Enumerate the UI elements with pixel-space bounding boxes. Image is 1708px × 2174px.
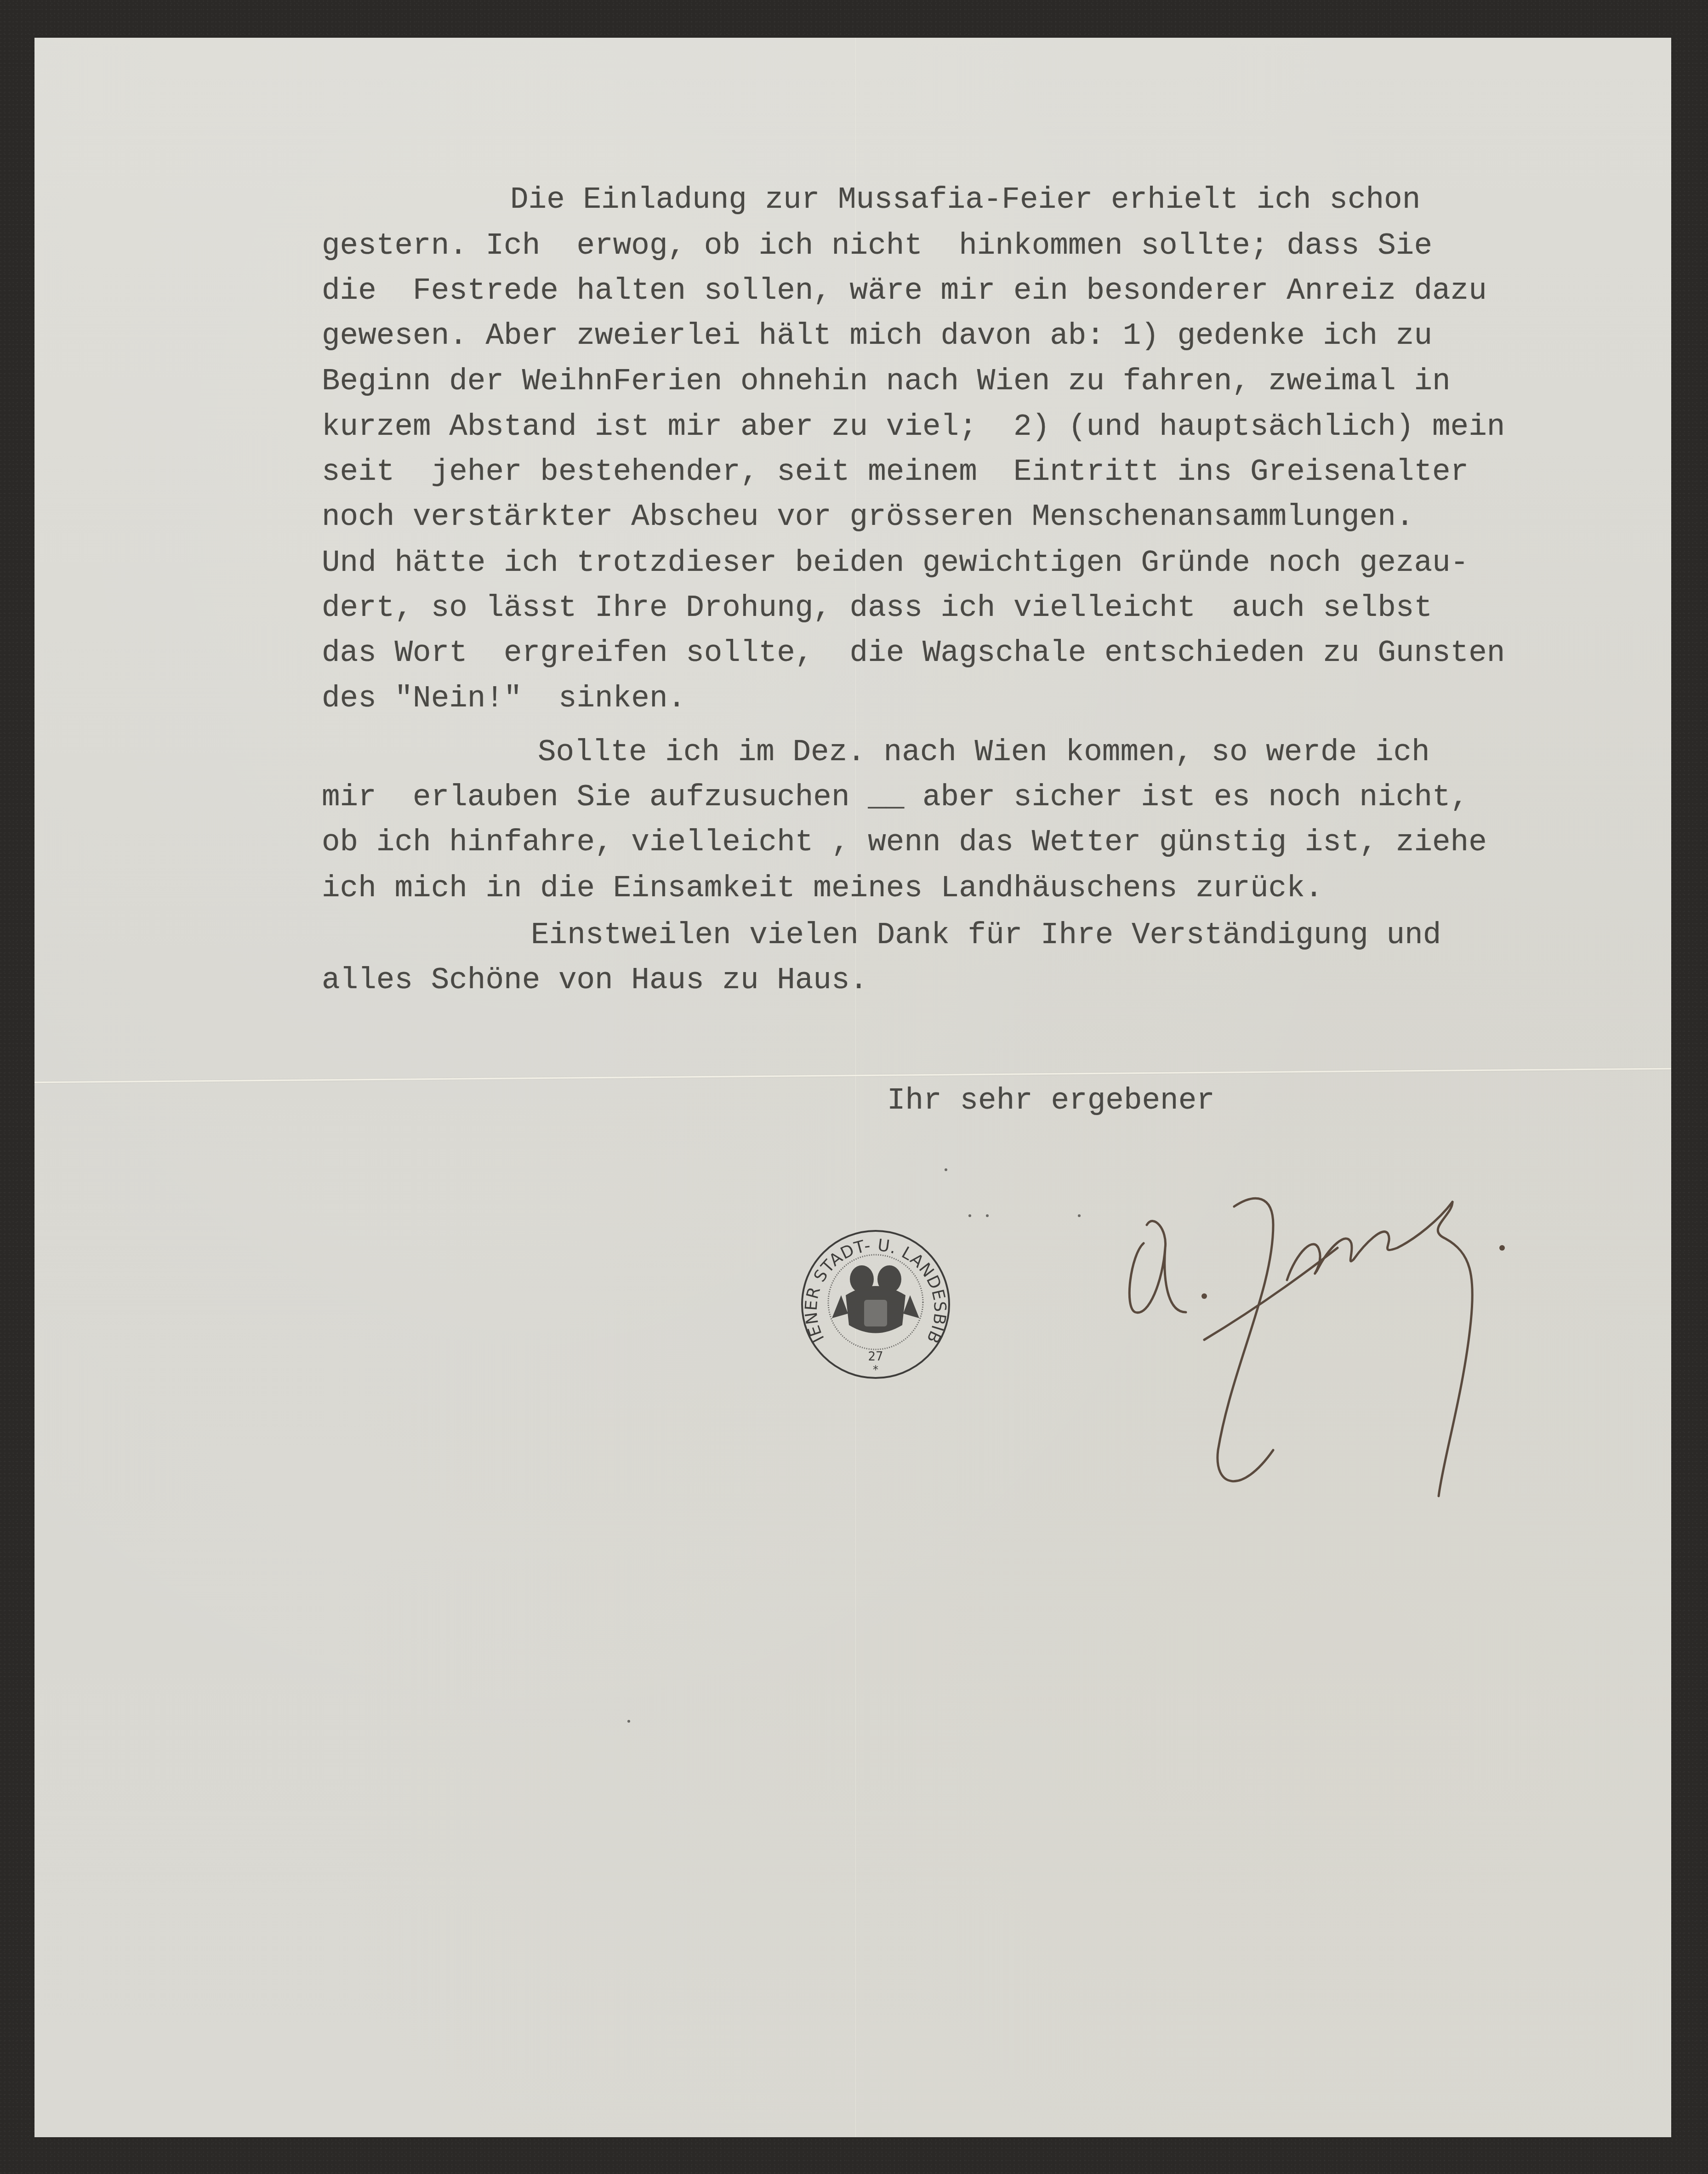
stamp-star: * xyxy=(873,1363,878,1376)
body-line-12: des "Nein!" sinken. xyxy=(322,683,686,714)
body-line-10: dert, so lässt Ihre Drohung, dass ich vi… xyxy=(322,593,1432,623)
ink-speck xyxy=(1078,1214,1081,1217)
eagle-emblem-icon xyxy=(832,1265,919,1333)
body-line-18: alles Schöne von Haus zu Haus. xyxy=(322,965,868,996)
body-line-1: Die Einladung zur Mussafia-Feier erhielt… xyxy=(510,185,1420,215)
closing-line: Ihr sehr ergebener xyxy=(887,1086,1215,1116)
body-line-17: Einstweilen vielen Dank für Ihre Verstän… xyxy=(531,920,1441,950)
body-line-13: Sollte ich im Dez. nach Wien kommen, so … xyxy=(538,737,1430,768)
body-line-7: seit jeher bestehender, seit meinem Eint… xyxy=(322,457,1469,487)
ink-speck xyxy=(968,1214,971,1217)
stamp-number: 27 xyxy=(868,1350,883,1364)
body-line-4: gewesen. Aber zweierlei hält mich davon … xyxy=(322,321,1432,351)
body-line-14: mir erlauben Sie aufzusuchen __ aber sic… xyxy=(322,782,1469,813)
handwritten-signature: A. Zauner xyxy=(1122,1174,1517,1505)
signature-text: A. Zauner xyxy=(1122,1174,1124,1175)
body-line-3: die Festrede halten sollen, wäre mir ein… xyxy=(322,276,1487,306)
ink-speck xyxy=(627,1720,630,1723)
body-line-2: gestern. Ich erwog, ob ich nicht hinkomm… xyxy=(322,231,1432,261)
horizontal-fold-crease xyxy=(34,1067,1671,1084)
ink-speck xyxy=(986,1214,989,1217)
body-line-15: ob ich hinfahre, vielleicht , wenn das W… xyxy=(322,827,1487,858)
ink-speck xyxy=(945,1168,947,1171)
body-line-8: noch verstärkter Abscheu vor grösseren M… xyxy=(322,502,1414,532)
library-stamp: WIENER STADT- U. LANDESBIBL. 27 * xyxy=(797,1226,954,1383)
body-line-11: das Wort ergreifen sollte, die Wagschale… xyxy=(322,638,1505,668)
body-line-16: ich mich in die Einsamkeit meines Landhä… xyxy=(322,873,1323,904)
letter-page: Die Einladung zur Mussafia-Feier erhielt… xyxy=(34,38,1671,2137)
body-line-6: kurzem Abstand ist mir aber zu viel; 2) … xyxy=(322,412,1505,442)
body-line-5: Beginn der WeihnFerien ohnehin nach Wien… xyxy=(322,366,1451,397)
body-line-9: Und hätte ich trotzdieser beiden gewicht… xyxy=(322,548,1469,578)
